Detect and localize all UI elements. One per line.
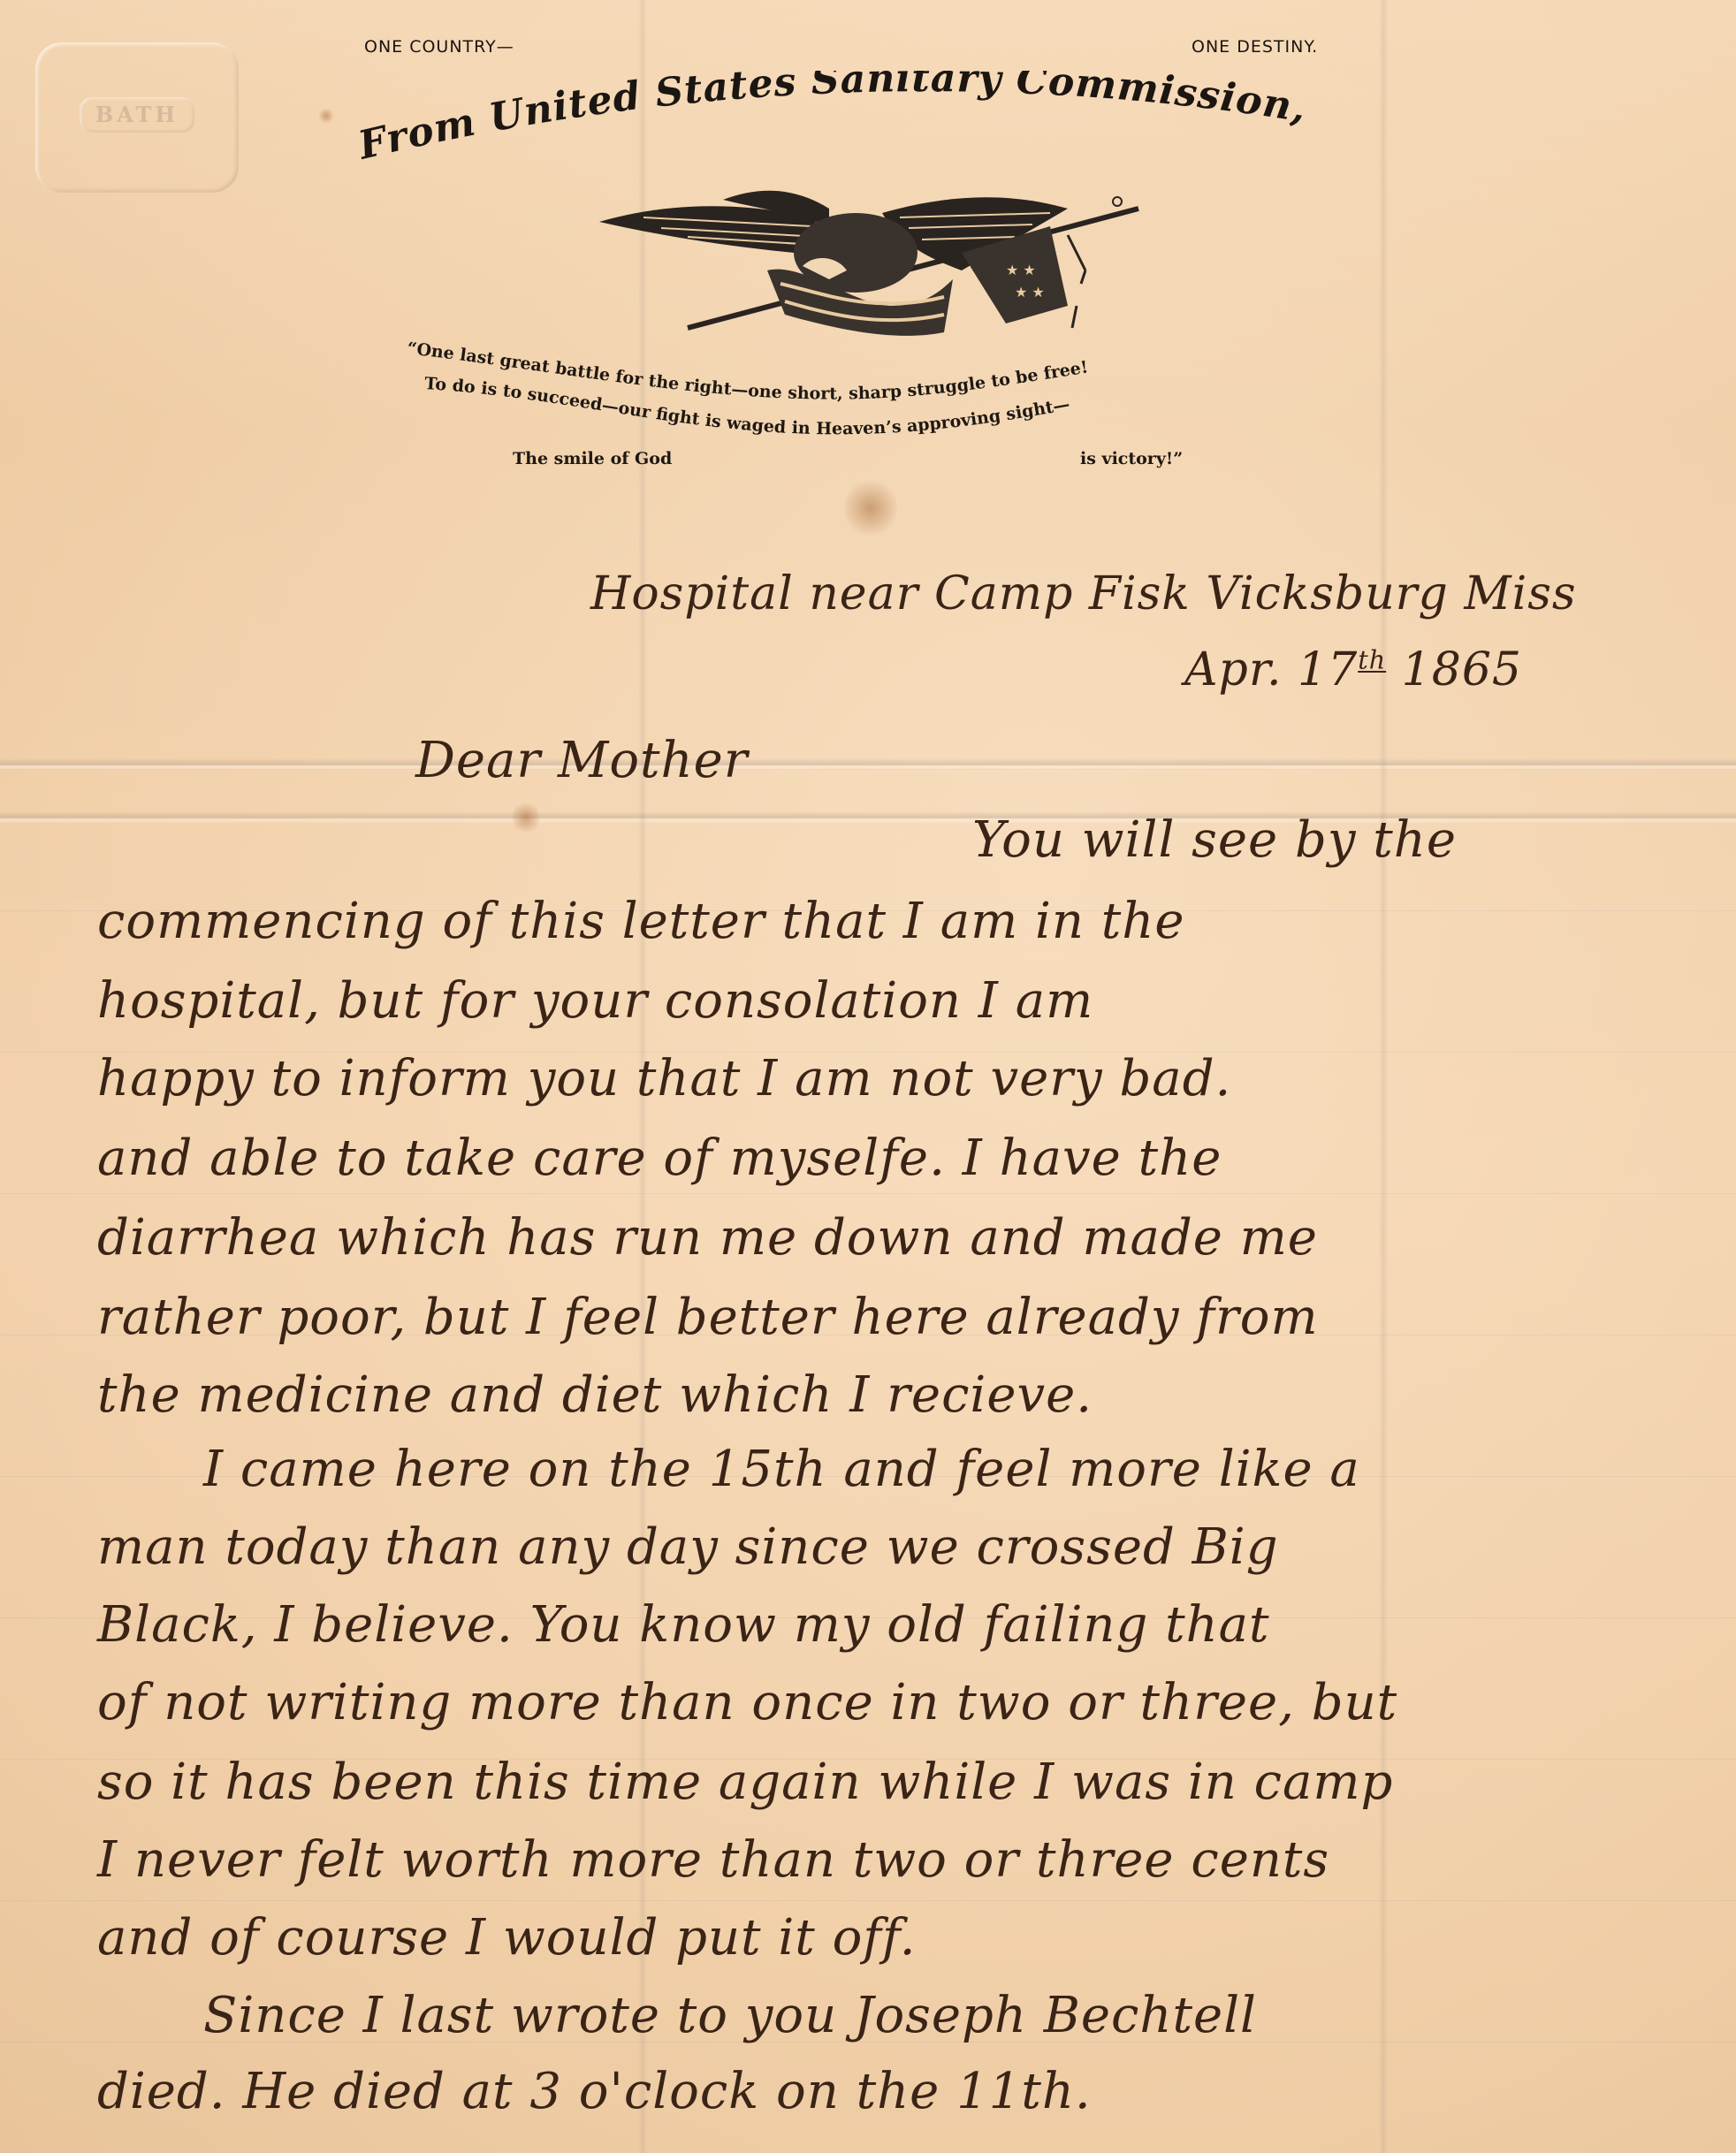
body-line: died. He died at 3 o'clock on the 11th. <box>97 2063 1092 2120</box>
letter-date-ordinal: th <box>1358 645 1386 675</box>
body-line: so it has been this time again while I w… <box>97 1754 1393 1811</box>
svg-text:★ ★: ★ ★ <box>1015 284 1045 301</box>
poem-line-3-right: is victory!” <box>1080 449 1183 468</box>
body-line: Black, I believe. You know my old failin… <box>97 1596 1270 1654</box>
svg-text:★ ★: ★ ★ <box>1006 262 1036 278</box>
body-line: rather poor, but I feel better here alre… <box>97 1289 1319 1346</box>
letter-page: BATH ONE COUNTRY— ONE DESTINY. From Unit… <box>0 0 1736 2153</box>
eagle-emblem-icon: ★ ★ ★ ★ <box>590 173 1147 341</box>
letter-date-day: Apr. 17 <box>1184 643 1358 696</box>
ruled-line <box>0 1193 1736 1194</box>
body-line: of not writing more than once in two or … <box>97 1674 1397 1731</box>
body-line: and of course I would put it off. <box>97 1909 917 1967</box>
motto-left: ONE COUNTRY— <box>364 37 514 57</box>
body-line: commencing of this letter that I am in t… <box>97 893 1184 950</box>
stain <box>318 108 334 124</box>
body-line: You will see by the <box>972 811 1457 869</box>
salutation: Dear Mother <box>415 732 749 789</box>
embossed-stamp: BATH <box>35 42 239 193</box>
letter-date-year: 1865 <box>1402 643 1522 696</box>
body-line: I came here on the 15th and feel more li… <box>203 1441 1360 1498</box>
body-line: happy to inform you that I am not very b… <box>97 1050 1231 1107</box>
body-line: Since I last wrote to you Joseph Bechtel… <box>203 1987 1257 2044</box>
letter-date: Apr. 17th 1865 <box>1184 643 1522 696</box>
body-line: the medicine and diet which I recieve. <box>97 1366 1093 1424</box>
body-line: man today than any day since we crossed … <box>97 1518 1279 1576</box>
body-line: and able to take care of myselfe. I have… <box>97 1130 1222 1187</box>
vertical-fold <box>1379 0 1388 2153</box>
ruled-line <box>0 1900 1736 1901</box>
body-line: diarrhea which has run me down and made … <box>97 1209 1318 1267</box>
horizontal-fold <box>0 758 1736 771</box>
letter-place: Hospital near Camp Fisk Vicksburg Miss <box>590 567 1577 620</box>
motto-right: ONE DESTINY. <box>1192 37 1318 57</box>
horizontal-fold <box>0 811 1736 824</box>
embossed-stamp-text: BATH <box>80 97 194 133</box>
stain <box>844 477 897 539</box>
poem-line-3-left: The smile of God <box>513 449 672 468</box>
body-line: I never felt worth more than two or thre… <box>97 1831 1329 1889</box>
letterhead-title: From United States Sanitary Commission, <box>354 71 1397 186</box>
body-line: hospital, but for your consolation I am <box>97 972 1093 1030</box>
stain <box>513 800 539 835</box>
letterhead-title-text: From United States Sanitary Commission, <box>354 71 1310 169</box>
